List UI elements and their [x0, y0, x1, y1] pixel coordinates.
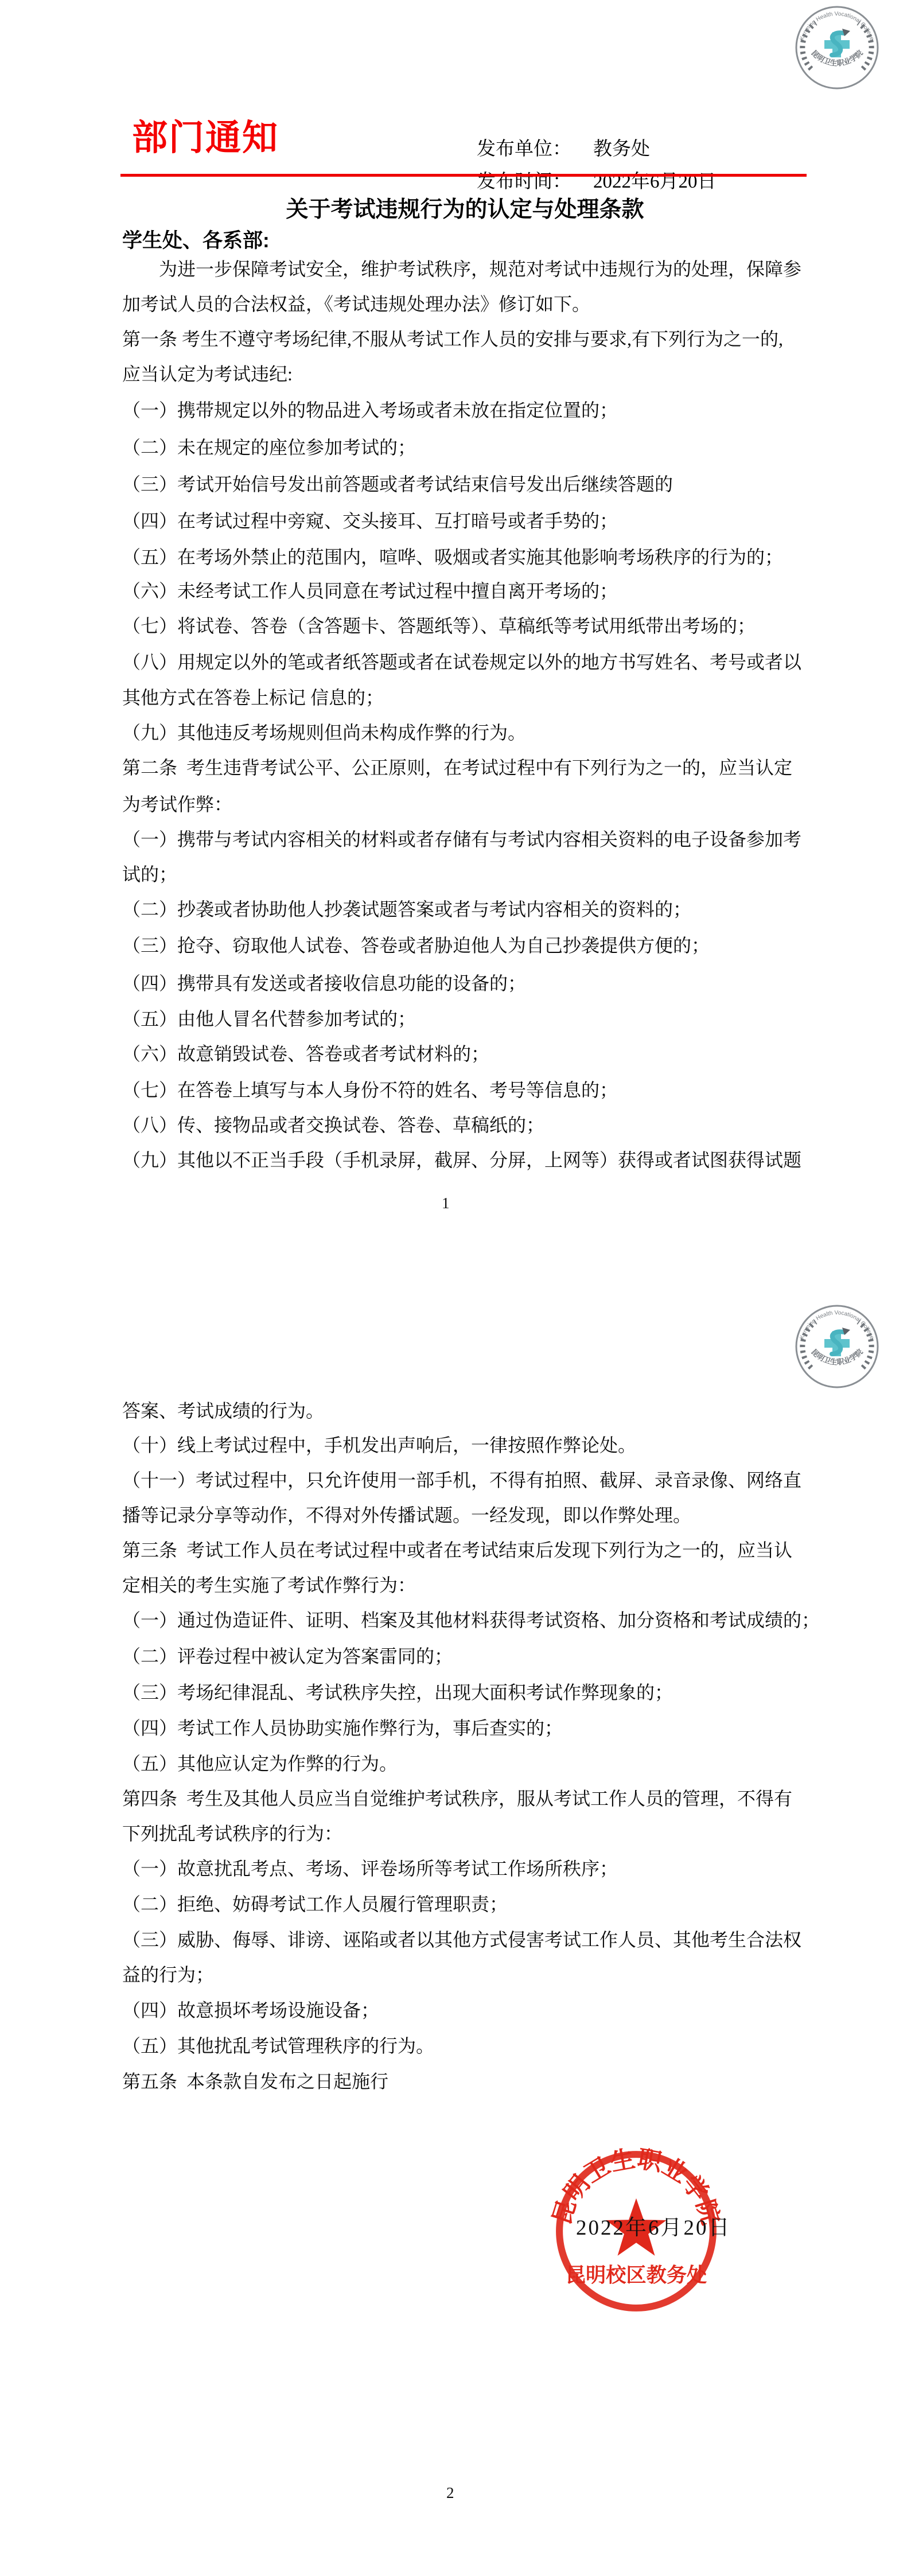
page-title: 关于考试违规行为的认定与处理条款 [122, 192, 808, 224]
doc-type-heading: 部门通知 [132, 109, 279, 160]
document-line: （四）故意损坏考场设施设备； [122, 1999, 379, 2022]
document-line: 第四条 考生及其他人员应当自觉维护考试秩序，服从考试工作人员的管理，不得有 [122, 1787, 792, 1810]
document-line: （九）其他违反考场规则但尚未构成作弊的行为。 [122, 721, 526, 744]
document-page: 部门通知 发布单位：教务处 发布时间：2022年6月20日 Kunming He… [0, 0, 911, 2576]
document-line: （七）在答卷上填写与本人身份不符的姓名、考号等信息的； [122, 1079, 618, 1102]
document-line: 为进一步保障考试安全，维护考试秩序，规范对考试中违规行为的处理，保障参 [159, 258, 801, 281]
issue-date-label: 发布时间： [477, 166, 571, 193]
document-line: （八）用规定以外的笔或者纸答题或者在试卷规定以外的地方书写姓名、考号或者以 [122, 651, 801, 674]
document-line: 第三条 考试工作人员在考试过程中或者在考试结束后发现下列行为之一的，应当认 [122, 1539, 792, 1562]
header-divider-rule [120, 174, 807, 177]
document-line: 其他方式在答卷上标记 信息的； [122, 686, 384, 709]
document-line: （三）考试开始信号发出前答题或者考试结束信号发出后继续答题的 [122, 473, 673, 496]
document-line: 试的； [122, 863, 177, 886]
page1-number: 1 [442, 1194, 450, 1212]
document-line: （一）故意扰乱考点、考场、评卷场所等考试工作场所秩序； [122, 1857, 618, 1880]
document-line: （二）抄袭或者协助他人抄袭试题答案或者与考试内容相关的资料的； [122, 898, 691, 921]
document-line: （五）其他应认定为作弊的行为。 [122, 1752, 398, 1775]
document-line: 应当认定为考试违纪: [122, 363, 293, 386]
document-line: 加考试人员的合法权益，《考试违规处理办法》修订如下。 [122, 293, 590, 316]
document-line: （二）未在规定的座位参加考试的； [122, 436, 416, 459]
page2-number: 2 [446, 2484, 454, 2502]
document-line: （四）在考试过程中旁窥、交头接耳、互打暗号或者手势的； [122, 509, 618, 532]
document-line: 第二条 考生违背考试公平、公正原则，在考试过程中有下列行为之一的，应当认定 [122, 756, 792, 779]
document-line: （六）未经考试工作人员同意在考试过程中擅自离开考场的； [122, 579, 618, 602]
document-line: 播等记录分享等动作，不得对外传播试题。一经发现，即以作弊处理。 [122, 1504, 691, 1527]
document-line: 第一条 考生不遵守考场纪律,不服从考试工作人员的安排与要求,有下列行为之一的, [122, 328, 783, 351]
document-line: （一）携带与考试内容相关的材料或者存储有与考试内容相关资料的电子设备参加考 [122, 828, 801, 851]
document-line: （一）携带规定以外的物品进入考场或者未放在指定位置的； [122, 399, 618, 422]
document-line: （四）携带具有发送或者接收信息功能的设备的； [122, 972, 526, 995]
document-line: （二）拒绝、妨碍考试工作人员履行管理职责； [122, 1893, 508, 1916]
seal-department-name: 昆明校区教务处 [566, 2264, 707, 2287]
document-line: 下列扰乱考试秩序的行为： [122, 1822, 342, 1845]
document-line: （三）威胁、侮辱、诽谤、诬陷或者以其他方式侵害考试工作人员、其他考生合法权 [122, 1928, 801, 1951]
document-line: （三）考场纪律混乱、考试秩序失控，出现大面积考试作弊现象的； [122, 1681, 673, 1704]
document-line: （三）抢夺、窃取他人试卷、答卷或者胁迫他人为自己抄袭提供方便的； [122, 934, 710, 957]
document-line: （八）传、接物品或者交换试卷、答卷、草稿纸的； [122, 1114, 544, 1137]
document-line: （五）在考场外禁止的范围内，喧哗、吸烟或者实施其他影响考场秩序的行为的； [122, 546, 783, 569]
document-line: （九）其他以不正当手段（手机录屏，截屏、分屏，上网等）获得或者试图获得试题 [122, 1149, 801, 1172]
document-line: （六）故意销毁试卷、答卷或者考试材料的； [122, 1042, 489, 1065]
college-logo: Kunming Health Vocational College 昆明卫生职业… [794, 1303, 880, 1390]
salutation: 学生处、各系部: [122, 225, 270, 254]
document-line: 第五条 本条款自发布之日起施行 [122, 2070, 388, 2093]
document-line: （十一）考试过程中，只允许使用一部手机，不得有拍照、截屏、录音录像、网络直 [122, 1469, 801, 1492]
seal-date-overlay: 2022年6月20日 [576, 2210, 731, 2241]
document-line: （二）评卷过程中被认定为答案雷同的； [122, 1645, 453, 1668]
document-line: 定相关的考生实施了考试作弊行为： [122, 1574, 416, 1597]
document-line: （七）将试卷、答卷（含答题卡、答题纸等）、草稿纸等考试用纸带出考场的； [122, 614, 756, 637]
document-line: （五）其他扰乱考试管理秩序的行为。 [122, 2034, 434, 2057]
document-line: 答案、考试成绩的行为。 [122, 1399, 324, 1422]
document-line: 为考试作弊： [122, 793, 232, 816]
document-line: （一）通过伪造证件、证明、档案及其他材料获得考试资格、加分资格和考试成绩的； [122, 1609, 820, 1632]
document-line: （四）考试工作人员协助实施作弊行为，事后查实的； [122, 1717, 563, 1740]
issue-date-value: 2022年6月20日 [593, 166, 717, 193]
document-line: 益的行为； [122, 1963, 214, 1986]
college-logo: Kunming Health Vocational College 昆明卫生职业… [794, 5, 880, 91]
document-line: （十）线上考试过程中，手机发出声响后，一律按照作弊论处。 [122, 1434, 636, 1457]
document-line: （五）由他人冒名代替参加考试的； [122, 1007, 416, 1030]
